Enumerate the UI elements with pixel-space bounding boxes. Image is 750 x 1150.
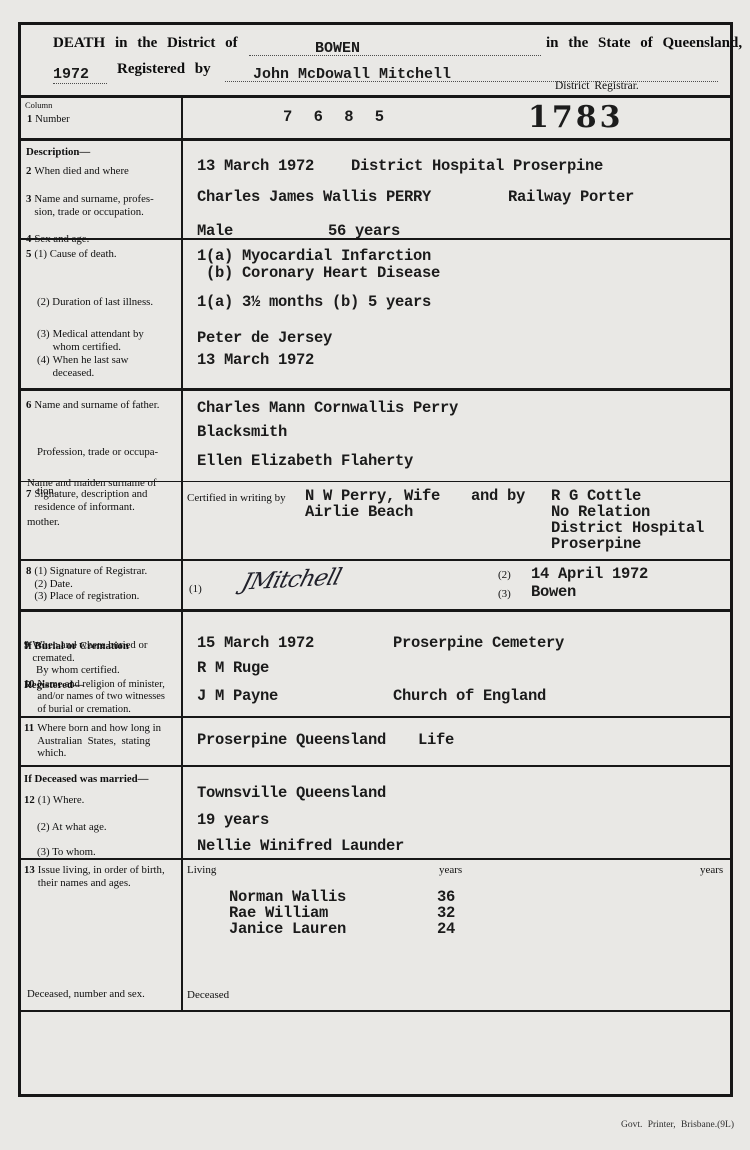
stamped-number-value: 1783 — [528, 100, 624, 135]
burial-place-value: Proserpine Cemetery — [393, 635, 564, 652]
attendant-label: (3) Medical attendant by whom certified. — [37, 328, 177, 353]
date-marker: (2) — [498, 569, 511, 582]
row-where-born: 11 Where born and how long in Australian… — [21, 716, 730, 765]
registration-date-value: 14 April 1972 — [531, 566, 648, 583]
cause-label: 5 (1) Cause of death. — [26, 248, 117, 261]
marriage-age-value: 19 years — [197, 812, 269, 829]
last-seen-value: 13 March 1972 — [197, 352, 314, 369]
row-marriage: If Deceased was married— 12 (1) Where. (… — [21, 765, 730, 858]
informant-label: 7 Signature, description and residence o… — [26, 488, 180, 513]
living-caption: Living — [187, 864, 216, 877]
father-label: 6 Name and surname of father. — [26, 399, 180, 412]
row-cause-of-death: 5 (1) Cause of death. (2) Duration of la… — [21, 238, 730, 388]
years-caption-right: years — [700, 864, 723, 877]
marriage-where-label: 12 (1) Where. — [24, 794, 84, 807]
description-heading: Description— — [26, 146, 90, 159]
informant2-residence-line2: Proserpine — [551, 536, 641, 553]
duration-value: 1(a) 3½ months (b) 5 years — [197, 294, 431, 311]
death-date-value: 13 March 1972 — [197, 158, 314, 175]
born-label: 11 Where born and how long in Australian… — [24, 722, 182, 760]
row-informant: 7 Signature, description and residence o… — [21, 481, 730, 559]
header-line-1: DEATH in the District of BOWEN in the St… — [37, 35, 722, 59]
minister-label: 10 Name and religion of minister, and/or… — [24, 679, 182, 716]
column-caption: Column — [25, 100, 52, 110]
burial-certifier-value: R M Ruge — [197, 660, 269, 677]
death-place-value: District Hospital Proserpine — [351, 158, 603, 175]
district-value: BOWEN — [315, 40, 360, 57]
deceased-name-value: Charles James Wallis PERRY — [197, 189, 431, 206]
number-caption: 1 Number — [27, 114, 70, 126]
informant1-residence-value: Airlie Beach — [305, 504, 413, 521]
spouse-name-value: Nellie Winifred Launder — [197, 838, 404, 855]
row-description: Description— 2 When died and where 3 Nam… — [21, 138, 730, 238]
issue-label: 13 Issue living, in order of birth, thei… — [24, 864, 182, 889]
father-name-value: Charles Mann Cornwallis Perry — [197, 400, 458, 417]
attendant-value: Peter de Jersey — [197, 330, 332, 347]
years-caption-mid: years — [439, 864, 462, 877]
residence-duration-value: Life — [418, 732, 454, 749]
year-value: 1972 — [53, 66, 107, 84]
marriage-place-value: Townsville Queensland — [197, 785, 386, 802]
religion-value: Church of England — [393, 688, 546, 705]
row-registration: 8 (1) Signature of Registrar. (2) Date. … — [21, 559, 730, 609]
place-marker: (3) — [498, 588, 511, 601]
occupation-value: Railway Porter — [508, 189, 634, 206]
cause-line-1: 1(a) Myocardial Infarction — [197, 248, 431, 265]
registration-label: 8 (1) Signature of Registrar. (2) Date. … — [26, 565, 147, 603]
and-by-label: and by — [471, 488, 525, 505]
registrar-name-value: John McDowall Mitchell — [253, 66, 451, 83]
issue-deceased-label: Deceased, number and sex. — [27, 988, 145, 1001]
burial-when-label: 9 When and where buried or cremated. — [24, 639, 180, 664]
row-number: Column 1 Number 7 6 8 5 1783 — [21, 95, 730, 138]
burial-certified-label: By whom certified. — [36, 664, 120, 677]
duration-label: (2) Duration of last illness. — [37, 296, 153, 309]
when-died-label: 2 When died and where — [26, 165, 178, 178]
signature-marker: (1) — [189, 583, 202, 596]
district-prefix-label: in the District of — [115, 35, 238, 52]
death-label: DEATH — [53, 35, 105, 52]
deceased-caption: Deceased — [187, 989, 229, 1002]
cause-line-2: (b) Coronary Heart Disease — [206, 265, 440, 282]
mother-name-value: Ellen Elizabeth Flaherty — [197, 453, 413, 470]
marriage-whom-label: (3) To whom. — [37, 846, 96, 859]
printer-credit: Govt. Printer, Brisbane.(9L) — [621, 1120, 734, 1130]
burial-date-value: 15 March 1972 — [197, 635, 314, 652]
child-age-2: 24 — [437, 921, 455, 938]
row-issue: 13 Issue living, in order of birth, thei… — [21, 858, 730, 1010]
state-suffix-label: in the State of Queensland, — [546, 35, 742, 52]
last-seen-label: (4) When he last saw deceased. — [37, 354, 177, 379]
birthplace-value: Proserpine Queensland — [197, 732, 386, 749]
registered-by-label: Registered by — [117, 61, 211, 78]
registrar-signature: JMitchell — [239, 564, 344, 595]
row-empty-bottom — [21, 1010, 730, 1094]
name-surname-label: 3 Name and surname, profes- sion, trade … — [26, 193, 180, 218]
district-registrar-caption: District Registrar. — [555, 80, 639, 94]
marriage-age-label: (2) At what age. — [37, 821, 107, 834]
registration-place-value: Bowen — [531, 584, 576, 601]
registrar-dotted-line: John McDowall Mitchell — [225, 81, 718, 82]
father-occupation-value: Blacksmith — [197, 424, 287, 441]
death-certificate-page: DEATH in the District of BOWEN in the St… — [0, 0, 750, 1150]
certified-in-writing-label: Certified in writing by — [187, 492, 286, 505]
minister-name-value: J M Payne — [197, 688, 278, 705]
child-name-2: Janice Lauren — [229, 921, 346, 938]
form-header: DEATH in the District of BOWEN in the St… — [21, 25, 730, 95]
register-form: DEATH in the District of BOWEN in the St… — [18, 22, 733, 1097]
district-dotted-line: BOWEN — [249, 55, 541, 56]
registration-number-value: 7 6 8 5 — [283, 109, 390, 126]
row-burial: If Burial or Cremation Registered— 9 Whe… — [21, 609, 730, 716]
row-parents: 6 Name and surname of father. Profession… — [21, 388, 730, 481]
marriage-heading: If Deceased was married— — [24, 773, 148, 786]
